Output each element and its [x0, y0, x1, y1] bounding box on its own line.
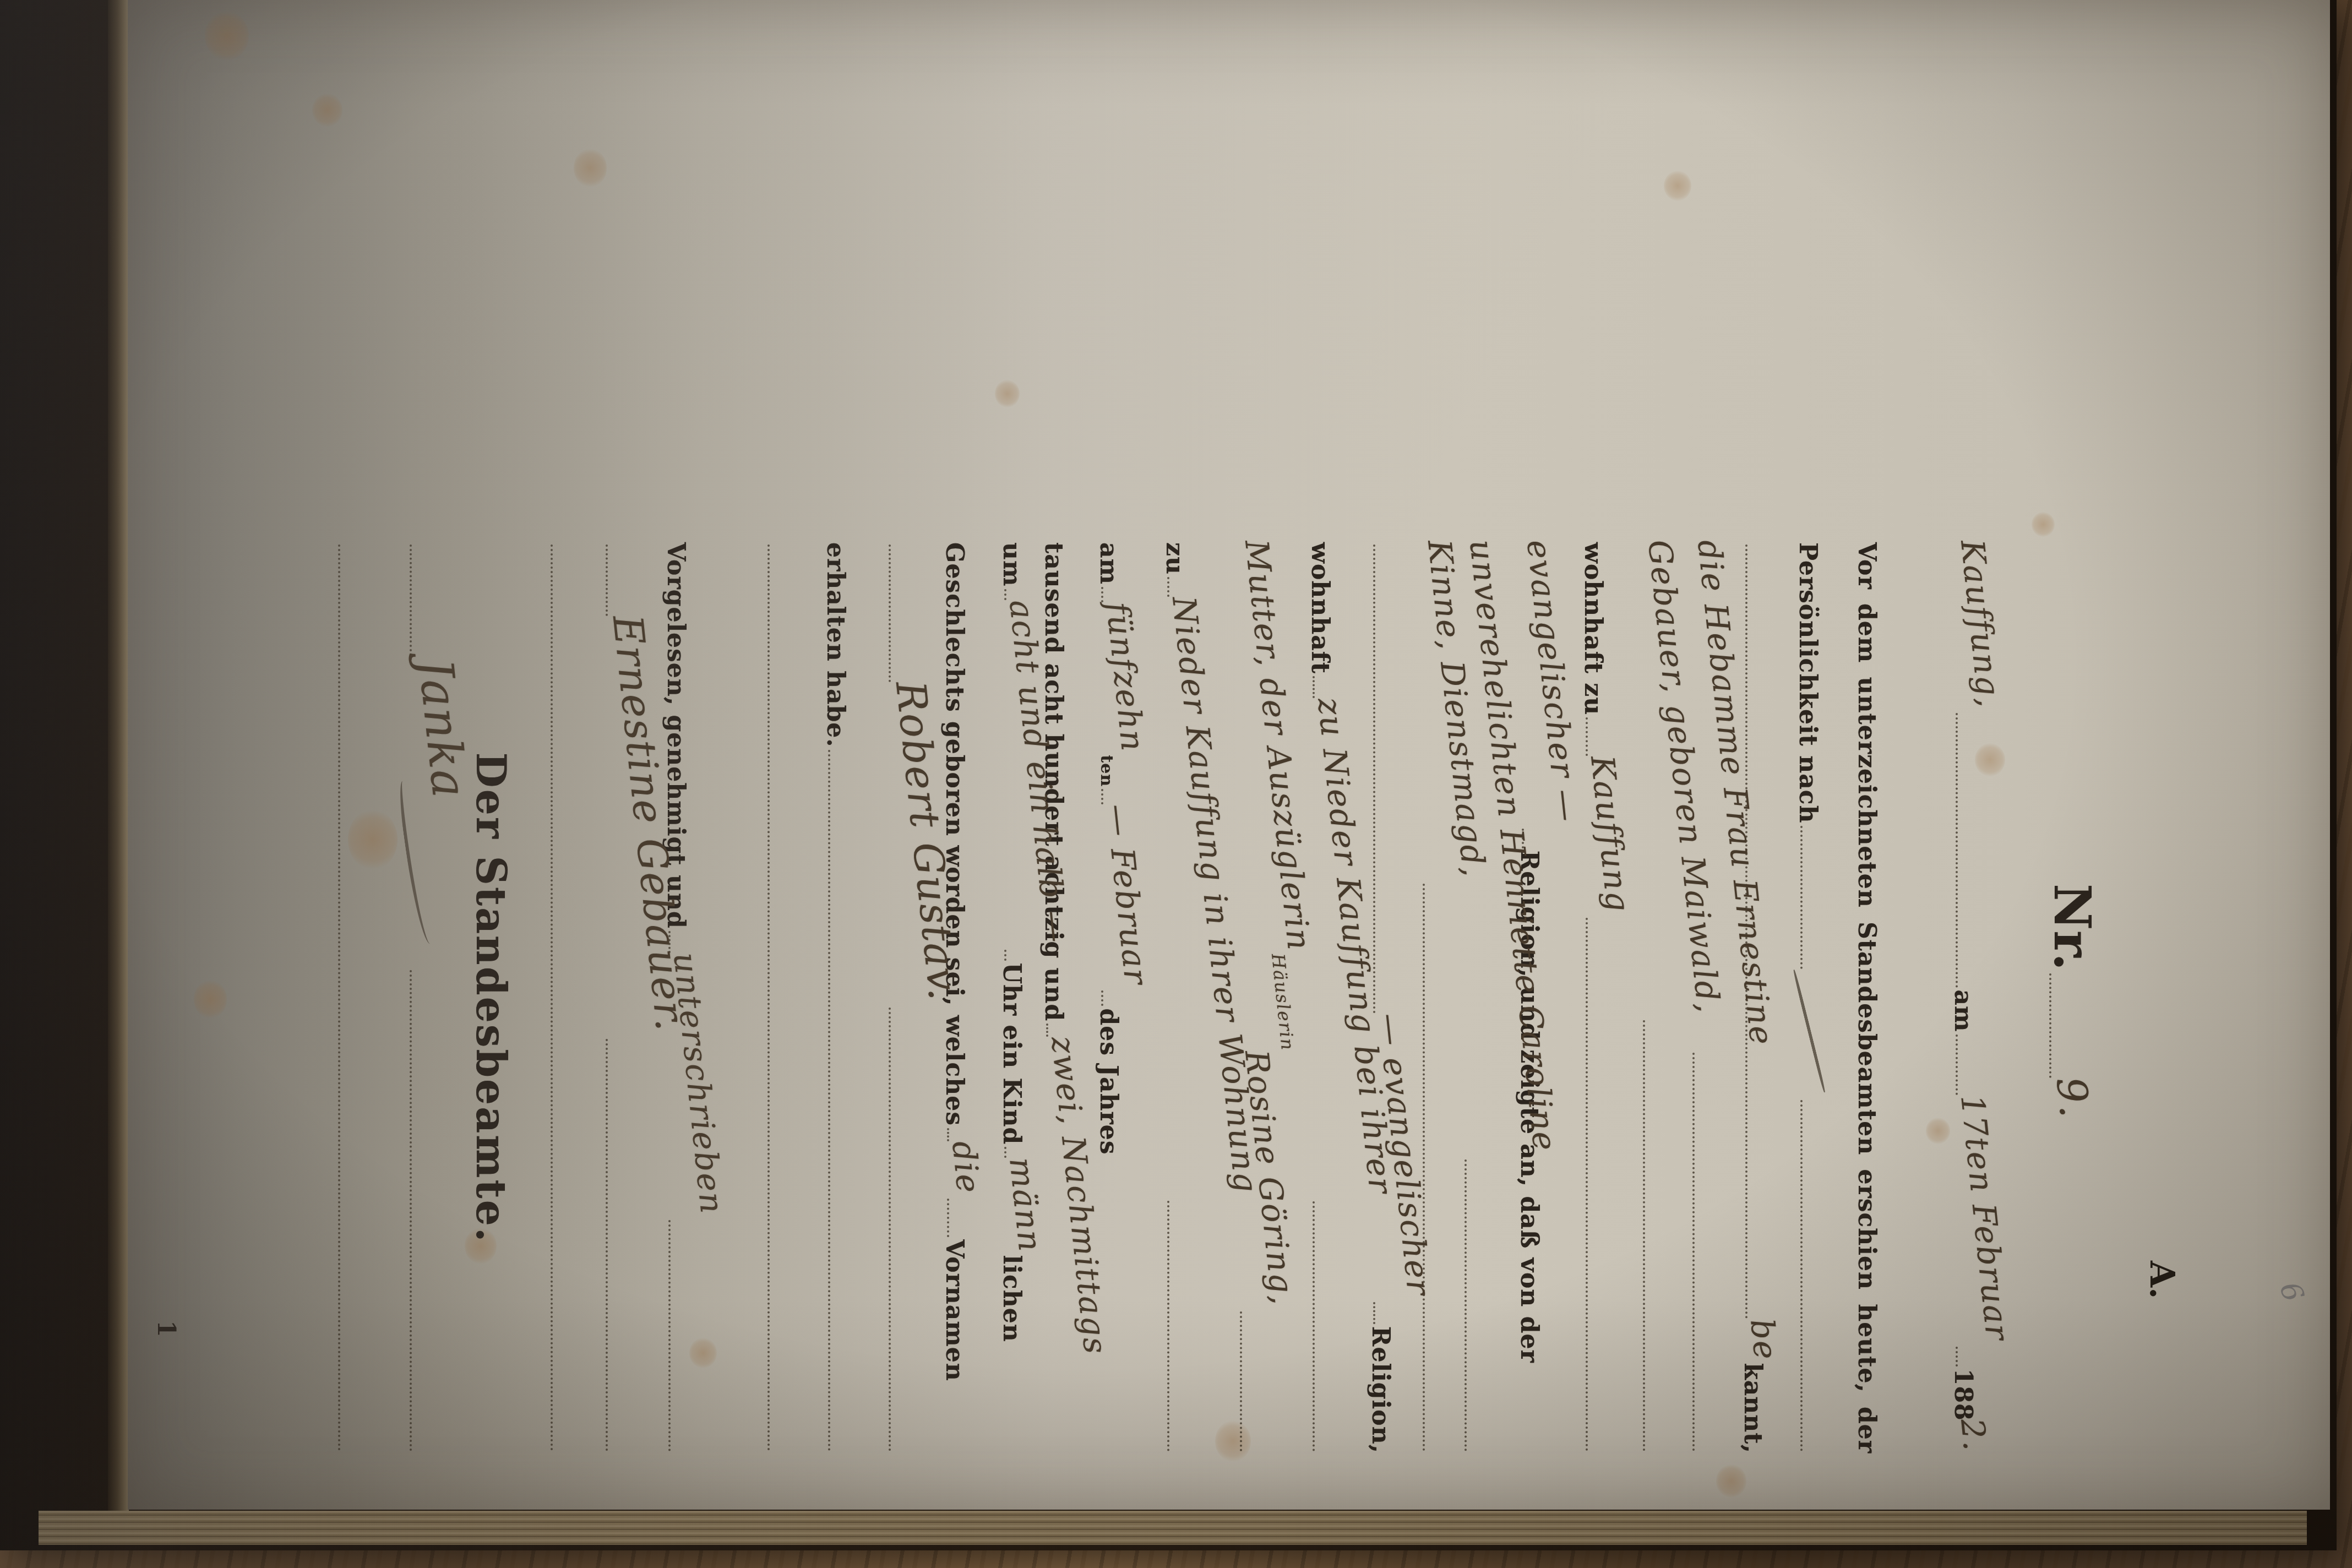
dotted-fill: [1692, 1053, 1695, 1451]
form-line-27: Janka: [403, 542, 454, 1453]
dotted-fill: [2049, 973, 2051, 1078]
printed-text: Vornamen: [940, 1239, 968, 1381]
birth-record-form: Nr.9.Kauffung,am17ten Februar1882.Vordem…: [128, 542, 2330, 1453]
dotted-fill: [1586, 918, 1588, 1451]
form-line-28: [331, 542, 382, 1453]
form-line-18: umacht und ein halb —Uhr ein Kindmännlic…: [998, 542, 1048, 1453]
dotted-fill: [1586, 717, 1588, 756]
form-line-11: Kinne, Dienstmagd,: [1416, 542, 1467, 1453]
form-line-2: Kauffung,am17ten Februar1882.: [1949, 542, 2000, 1453]
handwritten-text: 17ten Februar: [1953, 1093, 2017, 1343]
printed-text: VordemunterzeichnetenStandesbeamtenersch…: [1853, 542, 1881, 1453]
form-line-24: Ernestine Gebauer.: [599, 542, 650, 1453]
dotted-fill: [1240, 1311, 1242, 1451]
handwritten-text: 2.: [1953, 1417, 1994, 1453]
printed-word: unterzeichneten: [1853, 677, 1881, 907]
handwritten-text: — Februar: [1099, 802, 1155, 987]
dotted-fill: [1167, 1201, 1169, 1451]
form-line-26: Der Standesbeamte.: [467, 542, 518, 1453]
age-spot: [574, 149, 607, 187]
form-line-13: wohnhaftzu Nieder Kauffung bei ihrer: [1306, 542, 1357, 1453]
dotted-fill: [551, 545, 553, 1451]
dotted-fill: [947, 1128, 949, 1141]
dotted-fill: [338, 545, 340, 1451]
printed-text: wohnhaft zu: [1579, 542, 1607, 715]
printed-word: Vor: [1853, 542, 1881, 590]
dotted-fill: [828, 750, 830, 1451]
dotted-fill: [1800, 826, 1803, 969]
form-line-21: erhalten habe.: [821, 542, 872, 1453]
dotted-fill: [1101, 587, 1103, 602]
printed-text: 188: [1949, 1369, 1977, 1421]
dotted-fill: [1956, 713, 1958, 987]
dotted-fill: [1004, 589, 1006, 600]
form-line-20: Robert Gustav.: [882, 542, 933, 1453]
age-spot: [2032, 512, 2055, 537]
form-line-22: [761, 542, 812, 1453]
page-block-edge-left: [108, 0, 129, 1511]
age-spot: [1716, 1464, 1746, 1498]
printed-word: Standesbeamten: [1853, 922, 1881, 1155]
photo-of-register-page: A. 6 1 Nr.9.Kauffung,am17ten Februar1882…: [0, 0, 2352, 1568]
form-line-7: Gebauer, geboren Maiwald,: [1636, 542, 1687, 1453]
printed-text: am: [1949, 990, 1977, 1032]
page-block-edge-bottom: [39, 1511, 2307, 1545]
dotted-fill: [1313, 676, 1315, 698]
form-line-1: Nr.9.: [2043, 884, 2093, 1453]
printed-superscript: ten: [1097, 755, 1116, 787]
age-spot: [205, 11, 249, 61]
printed-text: Persönlichkeit nach: [1794, 542, 1822, 824]
printed-word: der: [1853, 1407, 1881, 1453]
dotted-fill: [410, 545, 412, 660]
handwritten-text: be: [1743, 1317, 1785, 1362]
printed-text: kannt,: [1739, 1363, 1767, 1453]
register-paper-page: A. 6 1 Nr.9.Kauffung,am17ten Februar1882…: [128, 0, 2330, 1510]
dotted-fill: [1643, 1020, 1645, 1451]
handwritten-cancel-stroke: [1792, 969, 1826, 1093]
dotted-fill: [1167, 577, 1169, 597]
printed-text: Nr.: [2043, 884, 2102, 971]
dotted-fill: [1956, 1035, 1958, 1095]
dotted-fill: [606, 545, 608, 616]
form-line-3: VordemunterzeichnetenStandesbeamtenersch…: [1853, 542, 1903, 1453]
form-line-4: Persönlichkeit nach: [1794, 542, 1844, 1453]
handwritten-text: fünfzehn: [1099, 600, 1152, 754]
handwritten-text: Kauffung,: [1953, 538, 2008, 710]
printed-text: wohnhaft: [1306, 542, 1334, 674]
age-spot: [1664, 171, 1691, 201]
handwritten-text: männ: [1002, 1156, 1049, 1254]
dotted-fill: [1313, 1201, 1315, 1451]
age-spot: [312, 94, 342, 127]
dotted-fill: [767, 545, 770, 1451]
printed-word: erschien: [1853, 1169, 1881, 1289]
printed-text: um: [998, 542, 1026, 587]
dotted-fill: [668, 1220, 671, 1451]
signature-flourish: [396, 779, 437, 945]
dotted-fill: [889, 545, 891, 682]
printed-text: Religion,: [1366, 1326, 1395, 1453]
dotted-fill: [1373, 1302, 1375, 1324]
handwritten-text: Kauffung: [1583, 754, 1637, 914]
form-line-25: [544, 542, 595, 1453]
handwritten-text: evangelischer —: [1520, 538, 1587, 824]
printed-text: Der Standesbeamte.: [467, 753, 514, 1244]
printed-text: erhalten habe.: [821, 542, 850, 748]
dotted-fill: [410, 970, 412, 1451]
printed-word: dem: [1853, 603, 1881, 663]
dotted-fill: [1956, 1347, 1958, 1366]
dotted-fill: [606, 1039, 608, 1451]
dotted-fill: [1004, 1147, 1006, 1158]
dotted-fill: [1800, 1100, 1803, 1451]
printed-text: zu: [1161, 542, 1189, 575]
dotted-fill: [1101, 789, 1103, 804]
dotted-fill: [947, 1199, 949, 1237]
handwritten-text: 9.: [2047, 1075, 2098, 1120]
handwritten-text: die: [945, 1139, 988, 1196]
printed-text: Uhr ein Kind: [998, 963, 1026, 1145]
printed-word: heute,: [1853, 1304, 1881, 1393]
printed-text: am: [1095, 542, 1123, 585]
dotted-fill: [1101, 990, 1103, 1006]
printed-text: lichen: [998, 1255, 1026, 1342]
dotted-fill: [1004, 950, 1006, 961]
handwritten-insert: Häuslerin: [1267, 952, 1298, 1052]
dotted-fill: [889, 1008, 891, 1451]
form-line-8: wohnhaft zuKauffung: [1579, 542, 1630, 1453]
age-spot: [995, 380, 1020, 407]
printed-text: des Jahres: [1095, 1008, 1123, 1155]
form-line-15: zuNieder Kauffung in ihrer Wohnung: [1161, 542, 1211, 1453]
